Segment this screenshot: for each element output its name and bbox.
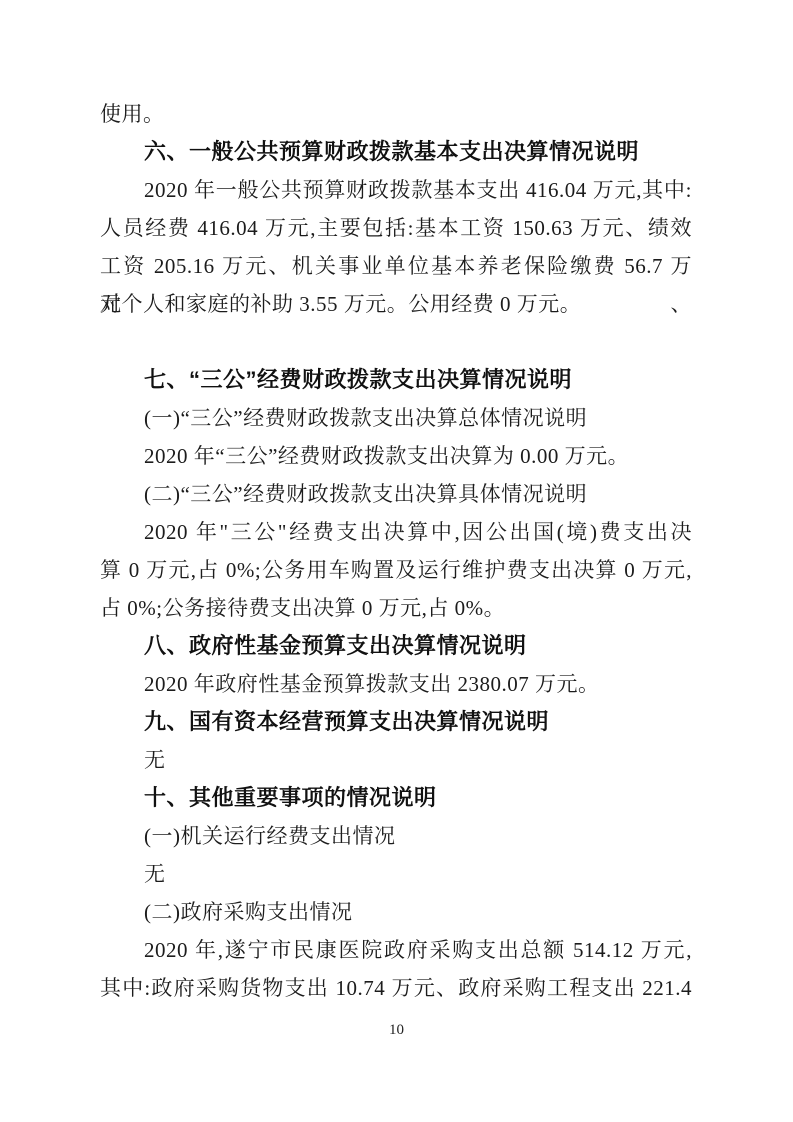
- subsection-heading: (二)“三公”经费财政拨款支出决算具体情况说明: [100, 475, 692, 513]
- paragraph-line: 工资 205.16 万元、机关事业单位基本养老保险缴费 56.7 万元、: [100, 247, 692, 285]
- subsection-heading: (一)“三公”经费财政拨款支出决算总体情况说明: [100, 399, 692, 437]
- paragraph-line: 无: [100, 741, 692, 779]
- paragraph-line: 2020 年政府性基金预算拨款支出 2380.07 万元。: [100, 665, 692, 703]
- paragraph-line: 2020 年,遂宁市民康医院政府采购支出总额 514.12 万元,: [100, 931, 692, 969]
- section-heading-eight: 八、政府性基金预算支出决算情况说明: [100, 627, 692, 665]
- paragraph-line: 2020 年"三公"经费支出决算中,因公出国(境)费支出决: [100, 513, 692, 551]
- paragraph-line: 2020 年一般公共预算财政拨款基本支出 416.04 万元,其中:: [100, 171, 692, 209]
- paragraph-line: 2020 年“三公”经费财政拨款支出决算为 0.00 万元。: [100, 437, 692, 475]
- paragraph-line: 算 0 万元,占 0%;公务用车购置及运行维护费支出决算 0 万元,: [100, 551, 692, 589]
- paragraph-line: 无: [100, 855, 692, 893]
- paragraph-line: 人员经费 416.04 万元,主要包括:基本工资 150.63 万元、绩效: [100, 209, 692, 247]
- section-heading-seven: 七、“三公”经费财政拨款支出决算情况说明: [100, 361, 692, 399]
- document-content: 使用。 六、一般公共预算财政拨款基本支出决算情况说明 2020 年一般公共预算财…: [100, 95, 692, 1007]
- document-page: 使用。 六、一般公共预算财政拨款基本支出决算情况说明 2020 年一般公共预算财…: [0, 0, 793, 1122]
- page-number: 10: [0, 1022, 793, 1039]
- paragraph-line: 占 0%;公务接待费支出决算 0 万元,占 0%。: [100, 589, 692, 627]
- paragraph-line: 使用。: [100, 95, 692, 133]
- subsection-heading: (二)政府采购支出情况: [100, 893, 692, 931]
- subsection-heading: (一)机关运行经费支出情况: [100, 817, 692, 855]
- paragraph-line: 其中:政府采购货物支出 10.74 万元、政府采购工程支出 221.4: [100, 969, 692, 1007]
- section-heading-ten: 十、其他重要事项的情况说明: [100, 779, 692, 817]
- blank-line: [100, 323, 692, 361]
- section-heading-nine: 九、国有资本经营预算支出决算情况说明: [100, 703, 692, 741]
- section-heading-six: 六、一般公共预算财政拨款基本支出决算情况说明: [100, 133, 692, 171]
